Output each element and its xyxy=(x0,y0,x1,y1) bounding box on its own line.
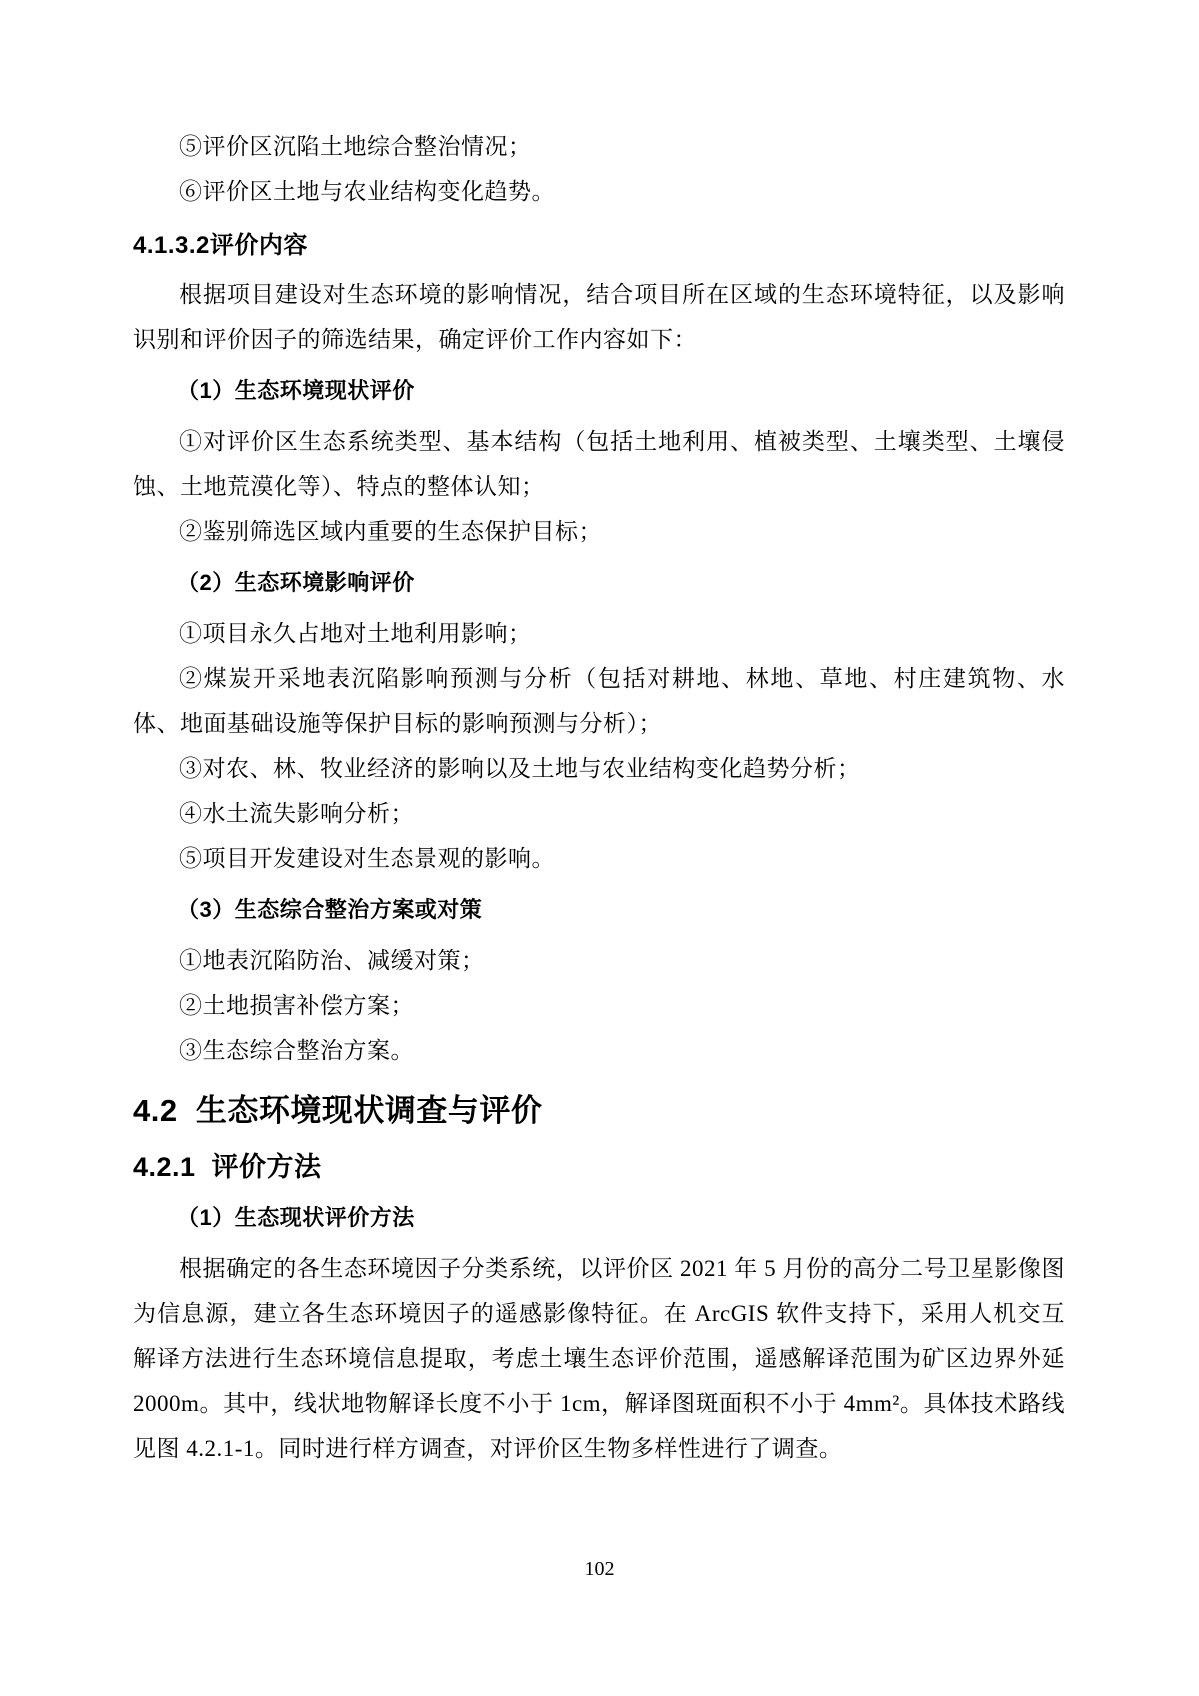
subheading-3-remediation-plan: （3）生态综合整治方案或对策 xyxy=(133,887,1065,932)
section-heading-4-1-3-2: 4.1.3.2评价内容 xyxy=(133,226,1065,266)
list-item: ①对评价区生态系统类型、基本结构（包括土地利用、植被类型、土壤类型、土壤侵蚀、土… xyxy=(133,419,1065,509)
subheading-1-status-method: （1）生态现状评价方法 xyxy=(133,1195,1065,1240)
page-number: 102 xyxy=(0,1557,1199,1581)
list-item: ①地表沉陷防治、减缓对策； xyxy=(133,938,1065,983)
subheading-2-impact-evaluation: （2）生态环境影响评价 xyxy=(133,560,1065,605)
paragraph: 根据确定的各生态环境因子分类系统，以评价区 2021 年 5 月份的高分二号卫星… xyxy=(133,1246,1065,1471)
document-content: ⑤评价区沉陷土地综合整治情况； ⑥评价区土地与农业结构变化趋势。 4.1.3.2… xyxy=(133,0,1065,1471)
subheading-1-status-evaluation: （1）生态环境现状评价 xyxy=(133,368,1065,413)
document-page: ⑤评价区沉陷土地综合整治情况； ⑥评价区土地与农业结构变化趋势。 4.1.3.2… xyxy=(0,0,1199,1696)
list-item: ⑤项目开发建设对生态景观的影响。 xyxy=(133,836,1065,881)
list-item: ⑥评价区土地与农业结构变化趋势。 xyxy=(133,169,1065,214)
section-heading-4-2-1: 4.2.1 评价方法 xyxy=(133,1145,1065,1189)
list-item: ③对农、林、牧业经济的影响以及土地与农业结构变化趋势分析； xyxy=(133,746,1065,791)
list-item: ①项目永久占地对土地利用影响； xyxy=(133,611,1065,656)
list-item: ③生态综合整治方案。 xyxy=(133,1028,1065,1073)
list-item: ②土地损害补偿方案； xyxy=(133,983,1065,1028)
list-item: ④水土流失影响分析； xyxy=(133,791,1065,836)
list-item: ⑤评价区沉陷土地综合整治情况； xyxy=(133,124,1065,169)
paragraph: 根据项目建设对生态环境的影响情况，结合项目所在区域的生态环境特征，以及影响识别和… xyxy=(133,272,1065,362)
list-item: ②煤炭开采地表沉陷影响预测与分析（包括对耕地、林地、草地、村庄建筑物、水体、地面… xyxy=(133,656,1065,746)
list-item: ②鉴别筛选区域内重要的生态保护目标； xyxy=(133,509,1065,554)
chapter-heading-4-2: 4.2 生态环境现状调查与评价 xyxy=(133,1087,1065,1135)
